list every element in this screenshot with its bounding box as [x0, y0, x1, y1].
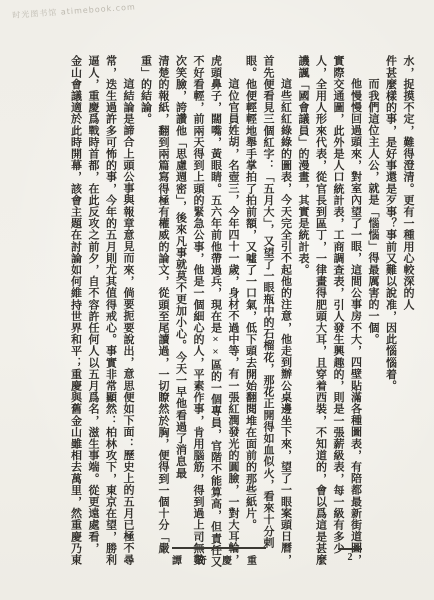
text-column: 水，捉摸不定，難得澄清。更有一種用心較深的人: [399, 55, 417, 533]
text-column: 譏諷「國會議員」的漫畫，其實是統計表。: [294, 55, 312, 533]
text-column: 首先便看見三個紅字：「五月大」，又望了一眼瓶中的石榴花，那花正開得如血似火，看來…: [259, 55, 277, 533]
text-column: 重」的結論。: [136, 55, 154, 533]
text-column: 常，迭生過許多可怖的事，今年的五月則尤其值得戒心。事實非常顯然：柏林攻下，東京在…: [101, 55, 119, 533]
text-column: 這些紅紅綠綠的圖表，今天完全引不起他的注意，他走到辦公桌邊坐下來，望了一眼案頭日…: [276, 55, 294, 533]
text-column: 清楚的報紙，翻到兩篇寫得極有權威的論文，從頭至尾讀過，一切瞭然於胸，便得到一個十…: [154, 55, 172, 533]
text-column: 他慢慢回過頭來，對室內望了一眼，這間公事房不大，四壁貼滿各種圖表，有陪都最新街道…: [346, 55, 364, 533]
book-page-scan: 时光图书馆 atimebook.com 水，捉摸不定，難得澄清。更有一種用心較深…: [0, 0, 434, 600]
text-column: 不好看輕，前兩天得到上頭的緊急公事，他是一個細心的人，平素作事，肯用腦筋，得到過…: [189, 55, 207, 533]
text-column: 這結論是諦合上頭公事與報章意見而來，倘要扼要說出，意思便如下面：歷史上的五月已極…: [119, 55, 137, 533]
text-column: 逼人，重慶爲戰時首都，在此反攻之前夕，自不容許任何人以五月爲名，滋生事端。從更遠…: [84, 55, 102, 533]
text-column: 眼。他便輕輕地舉手掌拍了拍前額，又噓了一口氣，低下頭去開始翻閱堆在面前的那些紙片…: [241, 55, 259, 533]
text-column: 而我們這位主人公，就是「惱惱」得最厲害的一個。: [364, 55, 382, 533]
text-column: 金山會議適於此時開幕，該會主題在討論如何維持世界和平；重慶與舊金山雖相去萬里，然…: [66, 55, 84, 533]
watermark: 时光图书馆 atimebook.com: [12, 1, 136, 21]
text-block: 水，捉摸不定，難得澄清。更有一種用心較深的人件甚麼樣的事，是好事還是歹事？事前又…: [66, 55, 416, 533]
watermark-library-name: 时光图书馆: [12, 8, 58, 20]
footer-book-title: 譚奇慶重: [172, 547, 266, 567]
page-number: 2: [338, 548, 362, 563]
watermark-site: atimebook.com: [60, 2, 136, 16]
text-column: 次笑臉，誇讚他「思慮週密」，後來凡事就莫不更加小心。今天一早他看過了消息最: [171, 55, 189, 533]
text-column: 人，全用人形來代表，從官長到區丁，一律畫得肥頭大耳，且穿着西裝，不知道的，會以爲…: [311, 55, 329, 533]
text-column: 實際交通圖，此外是人口統計表，工商調查表，引人發生興趣的，則是一張薪級表，每一級…: [329, 55, 347, 533]
text-column: 這位官員姓胡，名壺三，今年四十一歲，身材不過中等，有一張紅潤發光的圓臉，一對大耳…: [224, 55, 242, 533]
text-column: 虎頭鼻子，闊嘴，黃眼睛。五六年前他帶過兵，現在是××區的一個專員，官階不能算高，…: [206, 55, 224, 533]
text-column: 件甚麼樣的事，是好事還是歹事？事前又難以說准，因此惱惱着。: [381, 55, 399, 533]
